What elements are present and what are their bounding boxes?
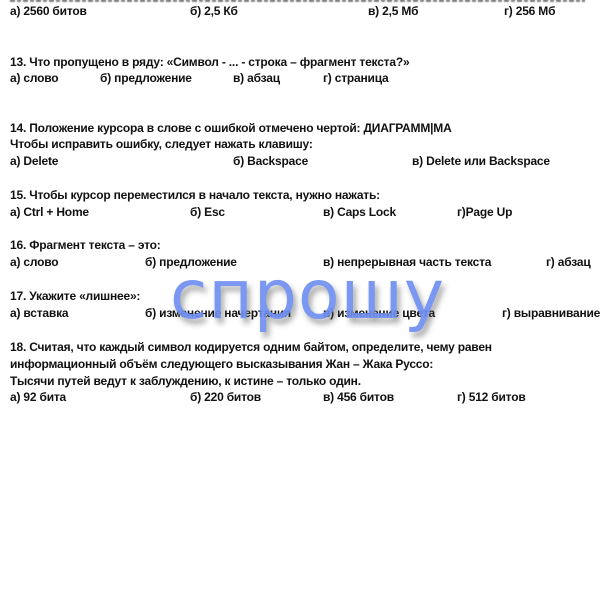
q15-option-c: в) Caps Lock [323, 205, 396, 219]
q12-option-c: в) 2,5 Мб [368, 4, 418, 18]
q12-option-d: г) 256 Мб [504, 4, 555, 18]
cut-off-question-text [10, 0, 585, 2]
q17-question: 17. Укажите «лишнее»: [10, 289, 140, 303]
q16-option-a: а) слово [10, 255, 58, 269]
q16-option-b: б) предложение [145, 255, 237, 269]
q18-option-a: а) 92 бита [10, 390, 66, 404]
q13-option-d: г) страница [323, 71, 389, 85]
q13-option-a: а) слово [10, 71, 58, 85]
q14-question-line2: Чтобы исправить ошибку, следует нажать к… [10, 137, 313, 151]
q14-question: 14. Положение курсора в слове с ошибкой … [10, 121, 452, 135]
q17-option-d: г) выравнивание [502, 306, 600, 320]
q18-option-c: в) 456 битов [323, 390, 394, 404]
q15-option-b: б) Esc [190, 205, 225, 219]
q16-question: 16. Фрагмент текста – это: [10, 238, 161, 252]
q18-option-b: б) 220 битов [190, 390, 261, 404]
q13-question: 13. Что пропущено в ряду: «Символ - ... … [10, 55, 409, 69]
test-page: а) 2560 битов б) 2,5 Кб в) 2,5 Мб г) 256… [0, 0, 600, 600]
q15-option-d: г)Page Up [457, 205, 512, 219]
q14-option-b: б) Backspace [233, 154, 308, 168]
q15-question: 15. Чтобы курсор переместился в начало т… [10, 188, 380, 202]
q16-option-c: в) непрерывная часть текста [323, 255, 491, 269]
q12-option-a: а) 2560 битов [10, 4, 87, 18]
q16-option-d: г) абзац [546, 255, 591, 269]
q18-question-line2: информационный объём следующего высказыв… [10, 357, 433, 371]
q14-option-c: в) Delete или Backspace [412, 154, 550, 168]
q17-option-a: а) вставка [10, 306, 68, 320]
q14-option-a: а) Delete [10, 154, 58, 168]
q17-option-c: в) изменение цвета [323, 306, 435, 320]
q12-option-b: б) 2,5 Кб [190, 4, 238, 18]
q15-option-a: а) Ctrl + Home [10, 205, 89, 219]
q17-option-b: б) изменение начертания [145, 306, 291, 320]
q18-question: 18. Считая, что каждый символ кодируется… [10, 340, 492, 354]
q18-quote: Тысячи путей ведут к заблуждению, к исти… [10, 374, 361, 388]
q13-option-b: б) предложение [100, 71, 192, 85]
q18-option-d: г) 512 битов [457, 390, 526, 404]
q13-option-c: в) абзац [233, 71, 280, 85]
